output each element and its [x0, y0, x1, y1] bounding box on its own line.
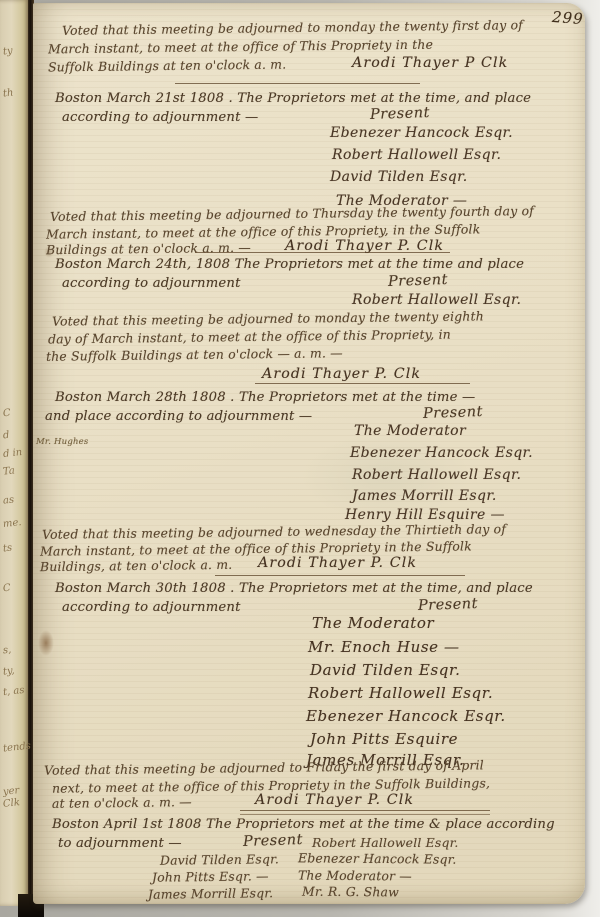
margin-fragment: ty,	[2, 665, 15, 677]
present-label: Present	[388, 272, 448, 290]
section-divider	[195, 252, 450, 253]
section-divider	[255, 383, 470, 384]
attendee-name: The Moderator	[312, 614, 434, 632]
section-divider	[240, 810, 490, 815]
margin-fragment: Clk	[2, 797, 20, 810]
entry-date-line: Boston March 21st 1808 . The Proprietors…	[55, 91, 531, 106]
attendee-name: Ebenezer Hancock Esqr.	[330, 125, 513, 141]
entry-heading-line: and place according to adjournment —	[45, 409, 312, 424]
attendee-name: Robert Hallowell Esqr.	[308, 684, 493, 702]
entry-date-line: Boston April 1st 1808 The Proprietors me…	[52, 817, 555, 832]
margin-fragment: th	[2, 87, 14, 99]
clerk-signature: Arodi Thayer P. Clk	[262, 366, 421, 382]
attendee-name: John Pitts Esqr. —	[152, 868, 269, 884]
present-label: Present	[418, 596, 478, 614]
ink-stain	[38, 630, 54, 656]
margin-fragment: yer	[2, 785, 19, 798]
attendee-name: Robert Hallowell Esqr.	[352, 467, 521, 483]
margin-fragment: C	[2, 408, 11, 420]
attendee-name: David Tilden Esqr.	[310, 661, 460, 679]
attendee-name: Robert Hallowell Esqr.	[312, 835, 459, 850]
attendee-name: James Morrill Esqr.	[352, 488, 497, 504]
attendee-name: Robert Hallowell Esqr.	[332, 147, 501, 163]
margin-fragment: C	[2, 583, 11, 595]
attendee-name: Ebenezer Hancock Esqr.	[350, 445, 533, 461]
margin-fragment: me.	[2, 517, 22, 530]
vote-line: at ten o'clock a. m. —	[52, 794, 192, 811]
entry-heading-line: according to adjournment	[62, 276, 241, 291]
attendee-name: Mr. R. G. Shaw	[302, 884, 399, 900]
section-divider	[175, 83, 420, 84]
attendee-name: David Tilden Esqr.	[160, 851, 279, 867]
margin-fragment: ts	[2, 543, 12, 555]
margin-fragment: s,	[2, 645, 11, 657]
present-label: Present	[243, 832, 303, 850]
attendee-name: John Pitts Esquire	[310, 730, 458, 748]
attendee-name: The Moderator —	[298, 868, 412, 884]
entry-date-line: Boston March 30th 1808 . The Proprietors…	[55, 581, 533, 596]
attendee-name: Robert Hallowell Esqr.	[352, 292, 521, 308]
entry-date-line: Boston March 28th 1808 . The Proprietors…	[55, 390, 475, 405]
present-label: Present	[370, 105, 430, 123]
attendee-name: David Tilden Esqr.	[330, 169, 468, 185]
clerk-signature: Arodi Thayer P. Clk	[255, 792, 414, 808]
page-number: 299	[551, 8, 584, 28]
clerk-signature: Arodi Thayer P Clk	[352, 55, 508, 71]
entry-heading-line: according to adjournment	[62, 600, 241, 615]
vote-line: Buildings at ten o'clock a. m. —	[46, 240, 251, 258]
margin-note: Mr. Hughes	[36, 437, 88, 447]
margin-fragment: d in	[2, 447, 22, 460]
margin-fragment: t, as	[2, 685, 25, 698]
attendee-name: James Morrill Esqr.	[148, 885, 273, 902]
attendee-name: The Moderator	[354, 423, 466, 439]
attendee-name: Mr. Enoch Huse —	[308, 638, 460, 656]
margin-fragment: Ta	[2, 465, 15, 477]
entry-date-line: Boston March 24th, 1808 The Proprietors …	[55, 257, 524, 272]
clerk-signature: Arodi Thayer P. Clk	[258, 555, 417, 571]
margin-fragment: d	[2, 430, 10, 442]
attendee-name: Ebenezer Hancock Esqr.	[306, 707, 506, 725]
attendee-name: Ebenezer Hancock Esqr.	[298, 850, 457, 866]
entry-heading-line: according to adjournment —	[62, 110, 258, 125]
entry-heading-line: to adjournment —	[58, 836, 182, 851]
margin-fragment: ty	[2, 46, 13, 58]
section-divider	[215, 575, 465, 576]
vote-line: Buildings, at ten o'clock a. m.	[40, 557, 233, 574]
margin-fragment: as	[2, 494, 14, 506]
present-label: Present	[423, 404, 483, 422]
vote-line: Suffolk Buildings at ten o'clock a. m.	[48, 57, 286, 75]
